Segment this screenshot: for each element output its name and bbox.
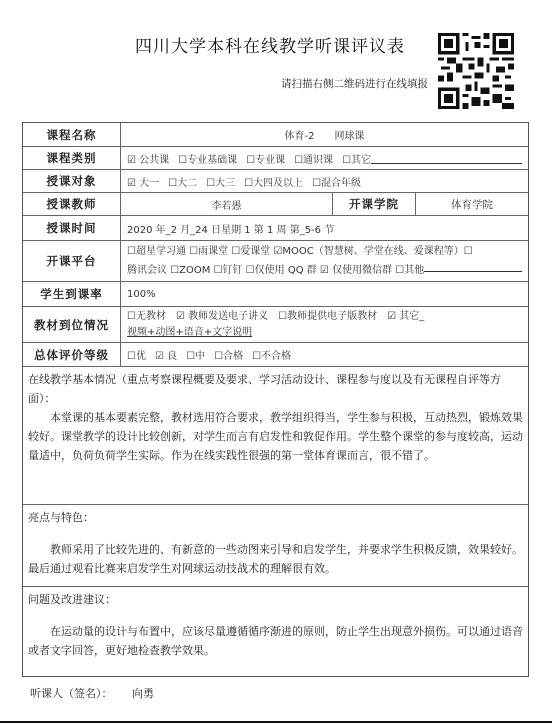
course-type-options: ☑ 公共课 ☐专业基础课 ☐专业课 ☐通识课 ☐其它 xyxy=(121,147,528,169)
evaluation-table: 课程名称 体育-2 网球课 课程类别 ☑ 公共课 ☐专业基础课 ☐专业课 ☐通识… xyxy=(22,122,529,677)
qr-code-icon[interactable] xyxy=(436,33,516,109)
highlights-body: 教师采用了比较先进的、有新意的一些动图来引导和启发学生，并要求学生积极反馈，效果… xyxy=(28,540,523,578)
teacher-label: 授课教师 xyxy=(23,193,121,215)
signature-value[interactable]: 向勇 xyxy=(132,687,154,700)
row-platform: 开课平台 ☐超星学习通 ☐雨课堂 ☐爱课堂 ☑MOOC（智慧树、学堂在线、爱课程… xyxy=(23,241,528,282)
section-issues[interactable]: 问题及改进建议： 在运动量的设计与布置中，应该尽量遵循循序渐进的原则，防止学生出… xyxy=(23,587,528,676)
platform-label: 开课平台 xyxy=(23,241,121,281)
row-course-name: 课程名称 体育-2 网球课 xyxy=(23,123,528,147)
checkbox-good[interactable]: ☑ 良 xyxy=(155,347,177,362)
checkbox-professional-basic[interactable]: ☐专业基础课 xyxy=(178,151,237,166)
row-time: 授课时间 2020 年_2 月_24 日星期 1 第 1 周 第_5-6 节 xyxy=(23,216,528,241)
row-overall: 总体评价等级 ☐优 ☑ 良 ☐中 ☐合格 ☐不合格 xyxy=(23,343,528,367)
checkbox-average[interactable]: ☐中 xyxy=(186,347,205,362)
row-textbook: 教材到位情况 ☐无教材 ☑ 教师发送电子讲义 ☐教师提供电子版教材 ☑ 其它_ … xyxy=(23,307,528,343)
platform-line-1[interactable]: ☐超星学习通 ☐雨课堂 ☐爱课堂 ☑MOOC（智慧树、学堂在线、爱课程等）☐ xyxy=(127,242,473,261)
page-bottom-divider xyxy=(0,721,552,723)
course-name-value[interactable]: 体育-2 网球课 xyxy=(121,123,528,146)
form-title: 四川大学本科在线教学听课评议表 xyxy=(120,32,420,57)
highlights-heading: 亮点与特色： xyxy=(28,508,523,527)
section-highlights[interactable]: 亮点与特色： 教师采用了比较先进的、有新意的一些动图来引导和启发学生，并要求学生… xyxy=(23,505,528,587)
other-blank-field[interactable] xyxy=(371,153,522,164)
checkbox-other[interactable]: ☐其它 xyxy=(342,151,371,166)
platform-other-blank[interactable] xyxy=(424,261,522,272)
basic-heading: 在线教学基本情况（重点考察课程概要及要求、学习活动设计、课程参与度以及有无课程自… xyxy=(28,370,523,408)
college-value[interactable]: 体育学院 xyxy=(416,193,528,215)
checkbox-pass[interactable]: ☐合格 xyxy=(214,347,243,362)
checkbox-excellent[interactable]: ☐优 xyxy=(127,347,146,362)
teacher-value[interactable]: 李若愚 xyxy=(121,193,332,215)
textbook-line-1[interactable]: ☐无教材 ☑ 教师发送电子讲义 ☐教师提供电子版教材 ☑ 其它_ xyxy=(127,309,424,325)
row-attendance: 学生到课率 100% xyxy=(23,282,528,307)
issues-body: 在运动量的设计与布置中，应该尽量遵循循序渐进的原则，防止学生出现意外损伤。可以通… xyxy=(28,622,523,660)
overall-label: 总体评价等级 xyxy=(23,343,121,366)
checkbox-freshman[interactable]: ☑ 大一 xyxy=(127,174,159,189)
issues-heading: 问题及改进建议： xyxy=(28,590,523,609)
textbook-label: 教材到位情况 xyxy=(23,307,121,342)
checkbox-junior[interactable]: ☐大三 xyxy=(206,174,235,189)
signature-label: 听课人（签名）： xyxy=(30,687,113,700)
basic-body: 本堂课的基本要素完整，教材选用符合要求，教学组织得当，学生参与积极，互动热烈，锻… xyxy=(28,408,523,465)
course-type-label: 课程类别 xyxy=(23,147,121,169)
textbook-options: ☐无教材 ☑ 教师发送电子讲义 ☐教师提供电子版教材 ☑ 其它_ 视频+动图+语… xyxy=(121,307,528,342)
overall-options: ☐优 ☑ 良 ☐中 ☐合格 ☐不合格 xyxy=(121,343,528,366)
signature-line: 听课人（签名）： 向勇 xyxy=(30,685,154,701)
attendance-label: 学生到课率 xyxy=(23,282,121,306)
audience-options: ☑ 大一 ☐大二 ☐大三 ☐大四及以上 ☐混合年级 xyxy=(121,170,528,192)
checkbox-public-course[interactable]: ☑ 公共课 xyxy=(127,151,169,166)
platform-line-2[interactable]: 腾讯会议 ☐ZOOM ☐钉钉 ☐仅使用 QQ 群 ☑ 仅使用微信群 ☐其他 xyxy=(127,261,424,280)
section-basic[interactable]: 在线教学基本情况（重点考察课程概要及要求、学习活动设计、课程参与度以及有无课程自… xyxy=(23,367,528,505)
time-label: 授课时间 xyxy=(23,216,121,240)
audience-label: 授课对象 xyxy=(23,170,121,192)
platform-line-2-wrap: 腾讯会议 ☐ZOOM ☐钉钉 ☐仅使用 QQ 群 ☑ 仅使用微信群 ☐其他 xyxy=(127,261,522,280)
checkbox-professional[interactable]: ☐专业课 xyxy=(246,151,285,166)
row-teacher: 授课教师 李若愚 开课学院 体育学院 xyxy=(23,193,528,216)
row-audience: 授课对象 ☑ 大一 ☐大二 ☐大三 ☐大四及以上 ☐混合年级 xyxy=(23,170,528,193)
checkbox-sophomore[interactable]: ☐大二 xyxy=(168,174,197,189)
course-name-label: 课程名称 xyxy=(23,123,121,146)
attendance-value[interactable]: 100% xyxy=(121,282,528,306)
platform-options: ☐超星学习通 ☐雨课堂 ☐爱课堂 ☑MOOC（智慧树、学堂在线、爱课程等）☐ 腾… xyxy=(121,241,528,281)
textbook-other-detail[interactable]: 视频+动图+语音+文字说明 xyxy=(127,325,252,341)
checkbox-mixed[interactable]: ☐混合年级 xyxy=(312,174,361,189)
checkbox-senior[interactable]: ☐大四及以上 xyxy=(244,174,303,189)
row-course-type: 课程类别 ☑ 公共课 ☐专业基础课 ☐专业课 ☐通识课 ☐其它 xyxy=(23,147,528,170)
college-label: 开课学院 xyxy=(332,193,416,215)
time-value[interactable]: 2020 年_2 月_24 日星期 1 第 1 周 第_5-6 节 xyxy=(121,216,528,240)
checkbox-general[interactable]: ☐通识课 xyxy=(294,151,333,166)
qr-instruction: 请扫描右侧二维码进行在线填报 xyxy=(232,76,428,91)
checkbox-fail[interactable]: ☐不合格 xyxy=(252,347,291,362)
